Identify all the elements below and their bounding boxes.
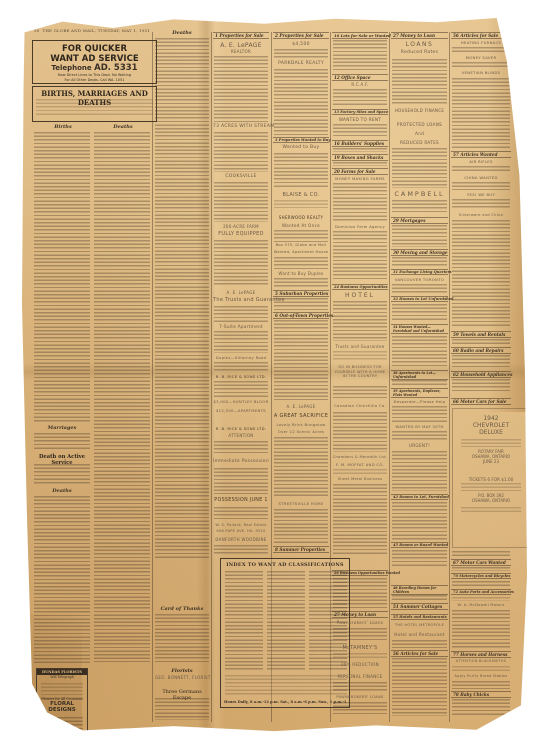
classification-label: Summer Properties <box>279 547 325 552</box>
column-rule <box>211 32 212 722</box>
silverware-ad: Silverware and China <box>451 213 511 217</box>
classification-label: 13 <box>334 110 339 114</box>
classification-56b: 56 Articles for Sale <box>451 32 511 39</box>
classification-label: 3 <box>275 138 278 142</box>
listing-text <box>333 682 387 692</box>
florist-text <box>41 683 83 699</box>
listing-text <box>333 162 387 166</box>
classification-label: 55 <box>393 615 398 619</box>
classification-label: Articles Wanted <box>460 152 497 157</box>
heating-ad: HEATING FURNACE <box>451 40 511 45</box>
farm-ad-sub: FULLY EQUIPPED <box>213 231 269 237</box>
acres12-ad: Over 12 Scenic Acres <box>273 429 329 434</box>
mctamney-ad: McTAMNEY'S <box>332 645 388 651</box>
vancouver-ad: VANCOUVER TORONTO <box>391 277 448 282</box>
classification-31: 31 Exchange Living Quarters <box>391 269 448 275</box>
listing-text <box>452 581 510 587</box>
listing-text <box>452 62 510 68</box>
rice-ad-2: R. B. RICE & SONS LTD. <box>213 426 269 431</box>
listing-text <box>333 124 387 138</box>
classification-label: 32 <box>393 297 398 301</box>
listing-text <box>392 451 447 491</box>
listing-text <box>452 666 510 672</box>
listing-text <box>392 336 447 368</box>
bmd-box: BIRTHS, MARRIAGES AND DEATHS <box>32 86 157 122</box>
classification-55: 55 Hotels and Restaurants <box>391 614 448 620</box>
farm-ad: 200-ACRE FARM <box>213 224 269 229</box>
listing-text <box>452 699 510 717</box>
listing-text <box>274 230 328 242</box>
classification-label: 20 <box>334 169 340 174</box>
sacrifice-ad: A GREAT SACRIFICE <box>273 413 329 419</box>
listing-text <box>214 331 268 353</box>
listing-text <box>452 339 510 345</box>
money-farms-ad: MONEY MAKING FARMS <box>332 176 388 181</box>
possession-ad: POSSESSION JUNE 1 <box>213 498 269 503</box>
listing-text <box>333 301 387 341</box>
phone-label: Telephone <box>51 64 91 72</box>
household-ad: HOUSEHOLD FINANCE <box>391 108 448 113</box>
page-number: 30 <box>34 28 40 33</box>
classification-label: 56 <box>453 33 459 38</box>
classification-label: Mortgages <box>400 218 425 223</box>
want-ad-service-box: FOR QUICKER WANT AD SERVICE Telephone AD… <box>32 40 157 84</box>
sherwood-ad: SHERWOOD REALTY <box>273 215 329 220</box>
listing-text <box>452 355 510 369</box>
classification-label: 12 <box>334 75 340 80</box>
huntley-ad: $3,000—HUNTLEY BLOOR <box>213 399 269 404</box>
trusts-ad-2: Trusts and Guarantee <box>332 344 388 349</box>
listing-text <box>333 653 387 659</box>
classification-label: Builders' Supplies <box>341 141 384 146</box>
classification-label: Moving and Storage <box>400 250 447 255</box>
bungalow-ad: Lovely Brick Bungalow <box>273 422 329 427</box>
classification-label: 59 <box>453 332 459 337</box>
index-column <box>267 571 305 671</box>
immediate-ad: Immediate Possession <box>213 459 269 464</box>
classification-51: 51 Summer Cottages <box>391 603 448 610</box>
classification-label: Houses Wanted— Furnished and Unfurnished <box>393 325 444 333</box>
listing-text <box>392 284 447 294</box>
and-ad: And <box>391 131 448 136</box>
deaths-listings-col2 <box>155 38 209 558</box>
wanted-apt-ad: Wanted, Apartment House <box>273 250 329 254</box>
listing-text <box>452 166 510 172</box>
classification-label: Baby Chicks <box>460 692 489 697</box>
classification-label: 10 <box>334 33 339 38</box>
florist-ad: DUNDAS FLORISTS Will Telegraph Flowers f… <box>36 668 88 733</box>
classification-label: Office Space <box>341 75 370 80</box>
classification-label: Suburban Properties <box>279 291 328 296</box>
classification-38: 38 Apartments to Let— Unfurnished <box>391 370 448 380</box>
listing-text <box>274 278 328 288</box>
listing-text <box>452 379 510 393</box>
car-model: DELUXE <box>453 429 529 436</box>
wanted-may-ad: WANTED BY MAY 30TH <box>391 424 448 429</box>
listing-text <box>452 681 510 689</box>
listing-text <box>274 200 328 208</box>
hotel-restaurant-ad: Hotel and Restaurant <box>391 632 448 637</box>
classification-label: Towels and Rentals <box>460 332 505 337</box>
listing-text <box>274 69 328 135</box>
classification-label: 8 <box>275 547 278 552</box>
classification-label: 51 <box>393 604 399 609</box>
urgent-ad: URGENT! <box>391 443 448 448</box>
florist-name: GEO. BONNETT, FLORIST <box>155 675 209 680</box>
classification-72: 72 Auto Parts and Accessories <box>451 589 511 595</box>
classification-label: Business Opportunities Wanted <box>340 571 400 575</box>
phone-line: Telephone AD. 5331 <box>33 64 156 73</box>
listing-text <box>333 40 387 72</box>
price-ad: $4,500 <box>273 42 329 47</box>
pape-ad: 906 PAPE AVE. HA. 9520 <box>213 529 269 533</box>
listing-text <box>214 468 268 494</box>
classification-label: Houses to Let Unfurnished <box>399 297 453 301</box>
chevrolet-raffle-ad: 1942 CHEVROLET DELUXE ROTARY FAIR OSHAWA… <box>452 408 530 548</box>
pawnbrokers-ad: Pawnbrokers' Loans <box>332 620 388 625</box>
classification-26: 26 Business Opportunities Wanted <box>332 570 388 576</box>
loans-ad: LOANS <box>391 41 448 48</box>
classification-label: Business Opportunities <box>340 285 387 289</box>
listing-text <box>214 56 268 122</box>
classification-label: 60 <box>453 348 459 353</box>
listing-text <box>214 182 268 222</box>
classification-6: 6 Out-of-Town Properties <box>273 312 329 319</box>
reduced-rates-ad: REDUCED RATES <box>391 140 448 145</box>
classification-1: 1 Properties for Sale <box>213 32 269 39</box>
column-rule <box>449 32 450 722</box>
trusts-ad: The Trusts and Guarantee <box>213 297 269 303</box>
listing-text <box>333 484 387 556</box>
index-column <box>225 571 263 671</box>
listing-text <box>333 386 387 400</box>
classification-label: 72 <box>453 590 458 594</box>
protected-loans-ad: PROTECTED LOANS <box>391 122 448 127</box>
classification-label: 77 <box>453 652 459 657</box>
classification-label: Money to Loan <box>400 33 435 38</box>
listing-text <box>392 257 447 267</box>
classification-62: 62 Household Appliances <box>451 371 511 378</box>
classification-label: Factory Sites and Space <box>340 110 388 114</box>
yes-buy-ad: YES! WE BUY <box>451 192 511 197</box>
classification-42: 42 Rooms to Let, Furnished <box>391 494 448 500</box>
listing-text <box>392 304 447 322</box>
classification-48: 48 Boarding Homes for Children <box>391 585 448 595</box>
classification-3: 3 Properties Wanted to Buy <box>273 137 329 143</box>
classification-label: 1 <box>215 33 218 38</box>
campbell-ad: CAMPBELL <box>391 190 448 198</box>
classification-label: Apartments, Duplexes, Flats Wanted <box>393 389 441 397</box>
classification-45: 45 Rooms or Board Wanted <box>391 542 448 548</box>
card-of-thanks-text <box>155 614 209 664</box>
listing-text <box>333 628 387 642</box>
mcdowell-ad: W. A. McDowell Motors <box>451 603 511 607</box>
lepage-ad-2: A. E. LePAGE <box>213 290 269 295</box>
apartments-ad: $12,500—APARTMENTS <box>213 408 269 413</box>
chevy-text <box>461 439 521 447</box>
duplex-ad: Duplex—Killarney Road <box>213 355 269 360</box>
desperate-ad: Desperate—Please Help <box>391 399 448 404</box>
classification-label: Boxes and Shacks <box>341 155 383 160</box>
listing-text <box>333 183 387 221</box>
listing-text <box>392 59 447 105</box>
classification-label: 30 <box>393 250 399 255</box>
listing-text <box>452 199 510 209</box>
listing-text <box>274 509 328 543</box>
metropole-ad: THE HOTEL METROPOLE <box>391 623 448 627</box>
classification-59: 59 Towels and Rentals <box>451 331 511 338</box>
stables-ad: Apply Purity Bread Stables <box>451 674 511 678</box>
listing-text <box>452 597 510 601</box>
classification-label: Properties for Sale <box>219 33 263 38</box>
classification-27b: 27 Money to Loan <box>391 32 448 39</box>
listing-text <box>452 567 510 571</box>
event-date: JUNE 23 <box>453 459 529 464</box>
lepage-ad-title: A. E. LePAGE <box>213 42 269 49</box>
box-ad: Box 575, Globe and Mail <box>273 243 329 247</box>
classification-label: 27 <box>334 612 340 617</box>
classification-label: 62 <box>453 372 459 377</box>
card-of-thanks-heading: Card of Thanks <box>155 606 209 612</box>
classification-label: 31 <box>393 270 398 274</box>
listing-text <box>392 406 447 422</box>
births-listings <box>34 132 90 422</box>
pawnbrokers-ad-2: PAWNBROKERS' LOANS <box>332 695 388 699</box>
active-service-listings <box>34 464 90 484</box>
chevy-text <box>461 507 521 513</box>
mail-city: OSHAWA, ONTARIO <box>453 498 529 503</box>
deaths-listings <box>94 132 150 662</box>
classification-2: 2 Properties for Sale <box>273 32 329 39</box>
listing-text <box>333 89 387 107</box>
index-hours: Hours Daily, 8 a.m.-12 p.m. Sat., 8 a.m.… <box>224 700 346 704</box>
classification-label: Out-of-Town Properties <box>279 313 333 318</box>
classification-label: Properties for Sale <box>279 33 323 38</box>
classification-10: 10 Lots for Sale or Wanted <box>332 32 388 39</box>
deaths-listings-2 <box>34 496 90 664</box>
classification-label: Money to Loan <box>341 612 376 617</box>
classification-label: 42 <box>393 495 398 499</box>
newspaper-page: 30 THE GLOBE AND MAIL, TUESDAY, MAY 1, 1… <box>22 18 527 734</box>
florist-tagline: Will Telegraph <box>37 675 87 679</box>
classification-label: 78 <box>453 692 459 697</box>
listing-text <box>333 702 387 716</box>
listing-text <box>452 182 510 190</box>
listing-text <box>392 640 447 648</box>
listing-text <box>392 595 447 601</box>
listing-text <box>214 240 268 286</box>
china-ad: CHINA WANTED <box>451 175 511 180</box>
classification-label: Motor Cars for Sale <box>460 399 506 404</box>
ticket-price: TICKETS 6 FOR $1.00 <box>453 477 529 482</box>
classification-label: 57 <box>453 152 459 157</box>
dominion-ad: Dominion Farm Agency <box>332 224 388 229</box>
news-text <box>155 698 209 720</box>
car-year: 1942 <box>453 415 529 422</box>
classification-label: Lots for Sale or Wanted <box>341 33 391 38</box>
wanted-buy-ad: Wanted to Buy <box>273 145 329 150</box>
air-rifles-ad: AIR RIFLES <box>451 159 511 164</box>
classification-27: 27 Money to Loan <box>332 611 388 618</box>
index-title: INDEX TO WANT AD CLASSIFICATIONS <box>221 562 349 568</box>
classification-label: Boarding Homes for Children <box>393 586 436 594</box>
lepage-ad-3: A. E. LePAGE <box>273 404 329 409</box>
classification-60: 60 Radio and Repairs <box>451 347 511 354</box>
listing-text <box>392 502 447 540</box>
reduced-ad: Reduced Rates <box>391 50 448 55</box>
classification-label: 16 <box>334 141 340 146</box>
classification-24: 24 Business Opportunities <box>332 284 388 290</box>
classification-label: Apartments to Let— Unfurnished <box>393 371 436 379</box>
chinchilla-ad: Canadian Chinchilla Co. <box>332 403 388 408</box>
car-make: CHEVROLET <box>453 422 529 429</box>
phone-number: AD. 5331 <box>94 63 137 73</box>
classification-30: 30 Moving and Storage <box>391 249 448 256</box>
listing-text <box>392 658 447 716</box>
listing-text <box>392 550 447 566</box>
listing-text <box>452 47 510 53</box>
wanted-once-ad: Wanted At Once <box>273 223 329 228</box>
classification-56: 56 Articles for Sale <box>391 650 448 657</box>
listing-text <box>392 431 447 441</box>
attention-ad: ATTENTION <box>213 433 269 438</box>
money-saver-ad: MONEY SAVER <box>451 55 511 60</box>
sheet-metal-ad: Sheet Metal Business <box>332 477 388 481</box>
classification-label: 70 <box>453 574 458 578</box>
masthead-text: THE GLOBE AND MAIL, TUESDAY, MAY 1, 1951 <box>42 28 150 33</box>
classification-label: Farms for Sale <box>341 169 375 174</box>
listing-text <box>392 200 447 214</box>
classification-20: 20 Farms for Sale <box>332 168 388 175</box>
classification-70: 70 Motorcycles and Bicycles <box>451 573 511 579</box>
column-rule <box>152 32 153 722</box>
listing-text <box>452 78 510 148</box>
births-heading: Births <box>34 124 92 130</box>
listing-text <box>274 437 328 497</box>
listing-text <box>333 231 387 281</box>
wanted-rent-ad: WANTED TO RENT <box>332 117 388 122</box>
pollard-ad: W. S. Pollard, Real Estate <box>213 523 269 527</box>
classification-8: 8 Summer Properties <box>273 546 329 553</box>
classification-78: 78 Baby Chicks <box>451 691 511 698</box>
classification-label: 19 <box>334 155 340 160</box>
classification-label: 29 <box>393 218 399 223</box>
blaise-ad: BLAISE & CO. <box>273 192 329 198</box>
listing-text <box>392 225 447 247</box>
moffat-ad: F. M. MOFFAT AND CO. <box>332 462 388 467</box>
listing-text <box>214 132 268 172</box>
want-ad-note: For All Other Depts. Call WA. 1051 <box>33 78 156 83</box>
streetsville-ad: STREETSVILLE HOME <box>273 501 329 506</box>
listing-text <box>274 257 328 269</box>
classification-label: Rooms to Let, Furnished <box>399 495 449 499</box>
classification-12: 12 Office Space <box>332 74 388 81</box>
lepage-ad-sub: REALTOR <box>213 49 269 54</box>
classification-57: 57 Articles Wanted <box>451 151 511 158</box>
classification-label: 66 <box>453 399 459 404</box>
listing-text <box>392 380 447 386</box>
personal-finance-ad: PERSONAL FINANCE <box>332 674 388 679</box>
classification-label: 27 <box>393 33 399 38</box>
classification-label: Radio and Repairs <box>460 348 503 353</box>
classification-5: 5 Suburban Properties <box>273 290 329 297</box>
classification-label: Hotels and Restaurants <box>399 615 447 619</box>
listing-text <box>274 153 328 189</box>
classification-13: 13 Factory Sites and Space <box>332 109 388 115</box>
listing-text <box>333 412 387 452</box>
classification-39: 39 Apartments, Duplexes, Flats Wanted <box>391 388 448 398</box>
listing-text <box>452 610 510 648</box>
deaths-heading: Deaths <box>94 124 152 130</box>
acres-ad: 73 ACRES WITH STREAM <box>213 124 269 129</box>
country-ad: GO IN BUSINESS FOR YOURSELF WITH A HOME … <box>333 365 387 379</box>
listing-text <box>452 551 510 557</box>
blacksmiths-ad: ATTENTION BLACKSMITHS <box>451 659 511 663</box>
classification-label: Properties Wanted to Buy <box>279 138 331 142</box>
classification-label: Motorcycles and Bicycles <box>459 574 510 578</box>
listing-text <box>333 578 387 608</box>
classification-label: Rooms or Board Wanted <box>399 543 448 547</box>
classification-label: Horses and Harness <box>460 652 507 657</box>
duplex-buy-ad: Want to Buy Duplex <box>273 271 329 276</box>
marriages-heading: Marriages <box>34 425 90 431</box>
classification-label: Motor Cars Wanted <box>460 560 506 565</box>
classification-77: 77 Horses and Harness <box>451 651 511 658</box>
classification-67: 67 Motor Cars Wanted <box>451 559 511 566</box>
florist-address <box>41 717 83 731</box>
suite-ad: 7-Suite Apartment <box>213 324 269 329</box>
deaths-heading-col2: Deaths <box>155 30 209 36</box>
index-notes <box>225 675 347 695</box>
parkdale-ad: PARKDALE REALTY <box>273 61 329 66</box>
classification-19: 19 Boxes and Shacks <box>332 154 388 161</box>
hotel-ad: HOTEL <box>332 292 388 299</box>
classification-label: Household Appliances <box>460 372 512 377</box>
listing-text <box>452 220 510 328</box>
classification-label: Articles for Sale <box>460 33 498 38</box>
classification-label: Exchange Living Quarters <box>399 270 451 274</box>
listing-text <box>392 148 447 188</box>
classification-16: 16 Builders' Supplies <box>332 140 388 147</box>
classification-29: 29 Mortgages <box>391 217 448 224</box>
classification-label: Articles for Sale <box>400 651 438 656</box>
classification-66: 66 Motor Cars for Sale <box>451 398 511 405</box>
classification-label: 6 <box>275 313 278 318</box>
marriages-listings <box>34 433 90 451</box>
reduction-ad: 20% REDUCTION <box>332 662 388 667</box>
rice-ad: R. B. RICE & SONS LTD. <box>213 374 269 379</box>
listing-text <box>214 306 268 322</box>
index-want-ad-classifications: INDEX TO WANT AD CLASSIFICATIONS Hours D… <box>220 558 350 708</box>
listing-text <box>214 381 268 397</box>
classification-label: Auto Parts and Accessories <box>459 590 514 594</box>
danforth-ad: DANFORTH WOODBINE <box>213 537 269 542</box>
classification-34: 34 Houses Wanted— Furnished and Unfurnis… <box>391 324 448 334</box>
classification-label: 56 <box>393 651 399 656</box>
classification-label: 67 <box>453 560 459 565</box>
want-ad-line1: FOR QUICKER <box>33 44 156 54</box>
venetian-ad: VENETIAN BLINDS <box>451 70 511 75</box>
listing-text <box>333 469 387 475</box>
classification-label: Summer Cottages <box>400 604 442 609</box>
chambers-ad: Chambers & Meredith Ltd. <box>332 455 388 459</box>
classification-label: 24 <box>334 285 339 289</box>
listing-text <box>214 441 268 455</box>
listing-text <box>274 49 328 59</box>
listing-text <box>274 320 328 400</box>
deaths-heading-2: Deaths <box>34 488 90 494</box>
classification-label: 5 <box>275 291 278 296</box>
